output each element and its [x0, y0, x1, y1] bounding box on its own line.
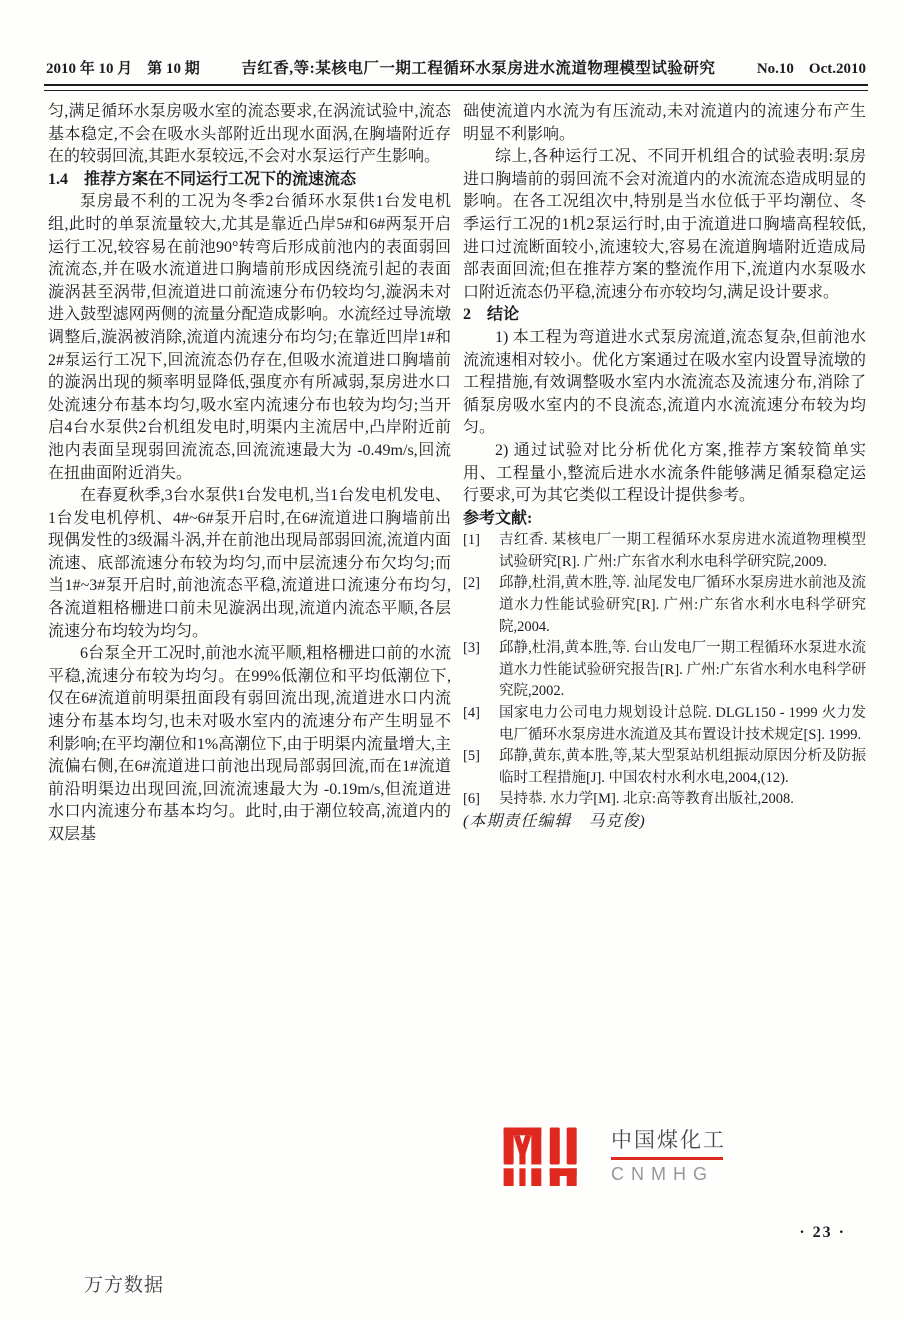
reference-text: 吉红香. 某核电厂一期工程循环水泵房进水流道物理模型试验研究[R]. 广州:广东…	[499, 530, 866, 573]
issue-date: 2010 年 10 月 第 10 期	[46, 57, 200, 78]
cnmhg-logo-mark-icon	[503, 1126, 595, 1186]
reference-text: 吴持恭. 水力学[M]. 北京:高等教育出版社,2008.	[499, 789, 866, 811]
section-heading-2: 2 结论	[463, 304, 866, 327]
reference-number: [5]	[463, 746, 499, 789]
cnmhg-logo: 中国煤化工 CNMHG	[503, 1126, 726, 1186]
paragraph-spring-case: 在春夏秋季,3台水泵供1台发电机,当1台发电机发电、1台发电机停机、4#~6#泵…	[48, 485, 451, 643]
issue-number: No.10 Oct.2010	[757, 57, 866, 78]
reference-item: [5] 邱静,黄东,黄本胜,等,某大型泵站机组振动原因分析及防振临时工程措施[J…	[463, 746, 866, 789]
cnmhg-logo-text: 中国煤化工 CNMHG	[611, 1128, 726, 1184]
reference-item: [1] 吉红香. 某核电厂一期工程循环水泵房进水流道物理模型试验研究[R]. 广…	[463, 530, 866, 573]
logo-name-cn: 中国煤化工	[611, 1128, 726, 1154]
paragraph-six-pumps: 6台泵全开工况时,前池水流平顺,粗格栅进口前的水流平稳,流速分布较为均匀。在99…	[48, 643, 451, 846]
paragraph-conclusion-1: 1) 本工程为弯道进水式泵房流道,流态复杂,但前池水流流速相对较小。优化方案通过…	[463, 327, 866, 440]
reference-item: [4] 国家电力公司电力规划设计总院. DLGL150 - 1999 火力发电厂…	[463, 703, 866, 746]
reference-text: 邱静,杜涓,黄本胜,等. 台山发电厂一期工程循环水泵进水流道水力性能试验研究报告…	[499, 638, 866, 703]
references-heading: 参考文献:	[463, 508, 866, 531]
paragraph-continuation-right: 础使流道内水流为有压流动,未对流道内的流速分布产生明显不利影响。	[463, 101, 866, 146]
reference-number: [6]	[463, 789, 499, 811]
paragraph-summary: 综上,各种运行工况、不同开机组合的试验表明:泵房进口胸墙前的弱回流不会对流道内的…	[463, 146, 866, 304]
reference-item: [2] 邱静,杜涓,黄木胜,等. 汕尾发电厂循环水泵房进水前池及流道水力性能试验…	[463, 573, 866, 638]
paragraph-winter-case: 泵房最不利的工况为冬季2台循环水泵供1台发电机组,此时的单泵流量较大,尤其是靠近…	[48, 191, 451, 485]
logo-name-en: CNMHG	[611, 1164, 726, 1184]
journal-header: 2010 年 10 月 第 10 期 吉红香,等:某核电厂一期工程循环水泵房进水…	[46, 56, 866, 78]
reference-number: [2]	[463, 573, 499, 638]
reference-number: [3]	[463, 638, 499, 703]
editor-note: (本期责任编辑 马克俊)	[463, 811, 866, 834]
page-number: · 23 ·	[799, 1224, 846, 1242]
reference-number: [1]	[463, 530, 499, 573]
paper-page: 2010 年 10 月 第 10 期 吉红香,等:某核电厂一期工程循环水泵房进水…	[0, 0, 904, 1320]
paragraph-continuation: 匀,满足循环水泵房吸水室的流态要求,在涡流试验中,流态基本稳定,不会在吸水头部附…	[48, 101, 451, 169]
reference-item: [3] 邱静,杜涓,黄本胜,等. 台山发电厂一期工程循环水泵进水流道水力性能试验…	[463, 638, 866, 703]
article-body: 匀,满足循环水泵房吸水室的流态要求,在涡流试验中,流态基本稳定,不会在吸水头部附…	[48, 101, 866, 847]
running-title: 吉红香,等:某核电厂一期工程循环水泵房进水流道物理模型试验研究	[241, 56, 715, 78]
reference-number: [4]	[463, 703, 499, 746]
section-heading-1-4: 1.4 推荐方案在不同运行工况下的流速流态	[48, 169, 451, 192]
right-column: 础使流道内水流为有压流动,未对流道内的流速分布产生明显不利影响。 综上,各种运行…	[463, 101, 866, 847]
left-column: 匀,满足循环水泵房吸水室的流态要求,在涡流试验中,流态基本稳定,不会在吸水头部附…	[48, 101, 451, 847]
paragraph-conclusion-2: 2) 通过试验对比分析优化方案,推荐方案较简单实用、工程量小,整流后进水水流条件…	[463, 440, 866, 508]
reference-text: 邱静,黄东,黄本胜,等,某大型泵站机组振动原因分析及防振临时工程措施[J]. 中…	[499, 746, 866, 789]
reference-item: [6] 吴持恭. 水力学[M]. 北京:高等教育出版社,2008.	[463, 789, 866, 811]
reference-text: 国家电力公司电力规划设计总院. DLGL150 - 1999 火力发电厂循环水泵…	[499, 703, 866, 746]
reference-text: 邱静,杜涓,黄木胜,等. 汕尾发电厂循环水泵房进水前池及流道水力性能试验研究[R…	[499, 573, 866, 638]
header-double-rule	[44, 84, 868, 91]
wanfang-watermark: 万方数据	[84, 1270, 164, 1297]
logo-underline	[611, 1157, 723, 1160]
